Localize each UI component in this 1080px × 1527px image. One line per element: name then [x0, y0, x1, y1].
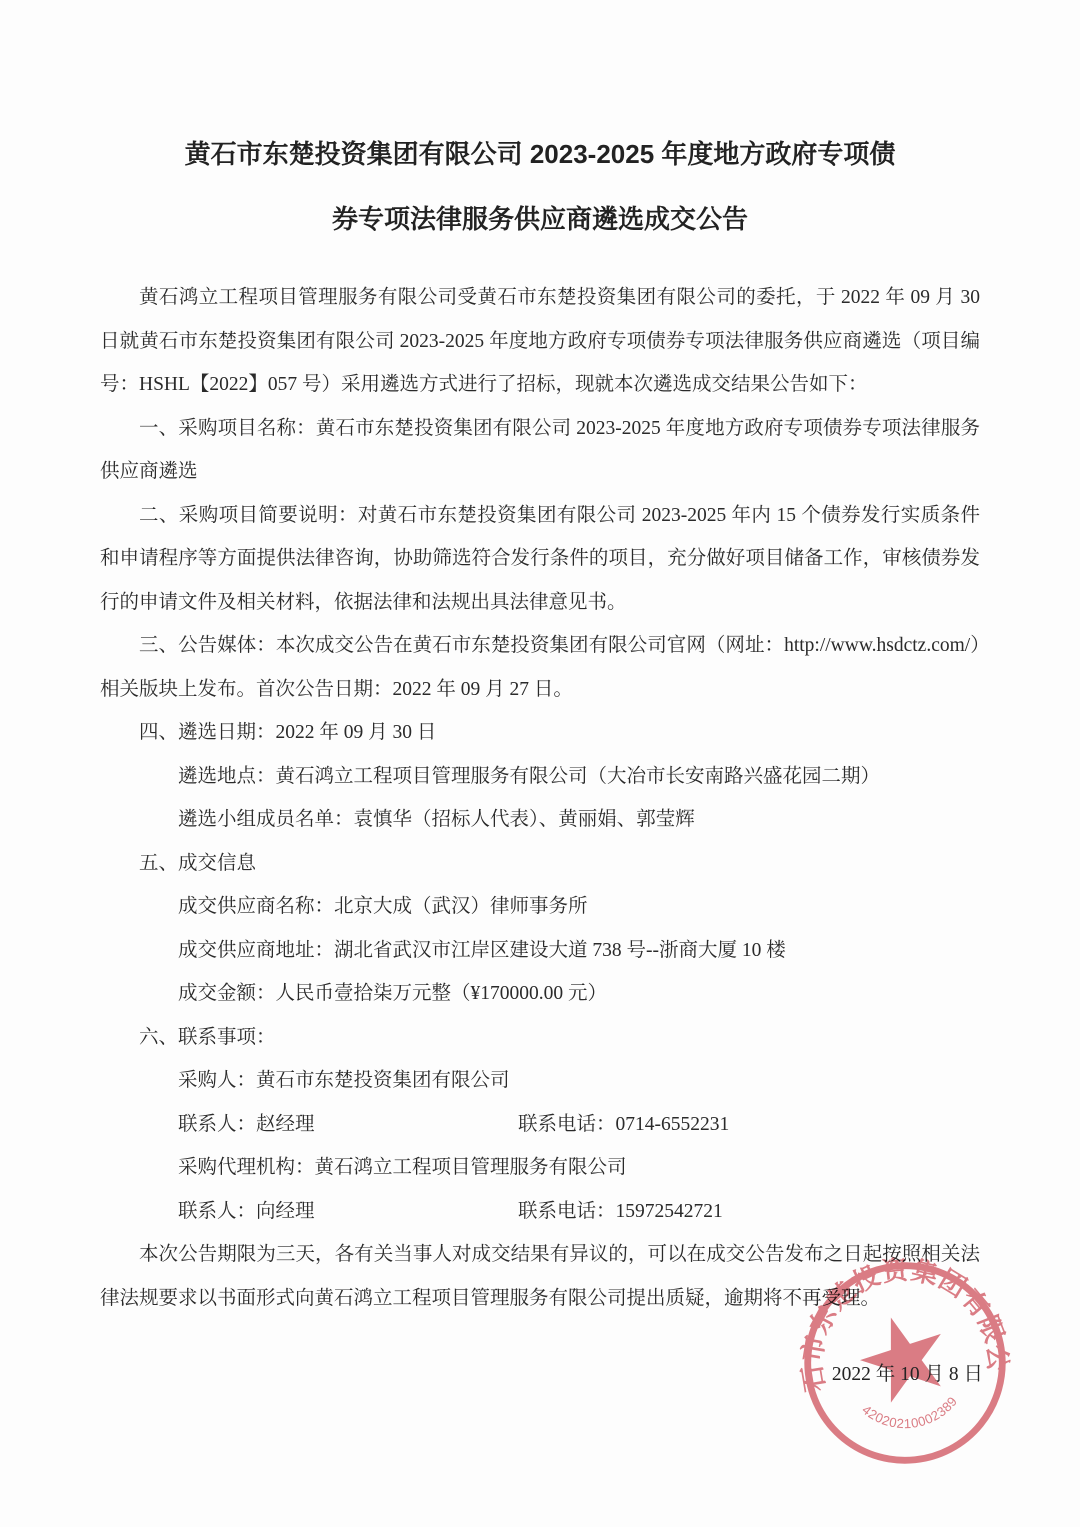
title-line-2: 券专项法律服务供应商遴选成交公告 — [332, 204, 748, 234]
item-6-heading: 六、联系事项： — [100, 1016, 980, 1060]
item-1-project-name: 一、采购项目名称：黄石市东楚投资集团有限公司 2023-2025 年度地方政府专… — [100, 407, 980, 494]
svg-text:42020210002389: 42020210002389 — [858, 1392, 962, 1436]
item-2-project-description: 二、采购项目简要说明：对黄石市东楚投资集团有限公司 2023-2025 年内 1… — [100, 494, 980, 625]
contact-row-2: 联系人：向经理联系电话：15972542721 — [100, 1190, 980, 1234]
item-5-amount: 成交金额：人民币壹拾柒万元整（¥170000.00 元） — [100, 972, 980, 1016]
signature-date: 2022 年 10 月 8 日 — [832, 1353, 983, 1397]
intro-paragraph: 黄石鸿立工程项目管理服务有限公司受黄石市东楚投资集团有限公司的委托，于 2022… — [100, 276, 980, 407]
title-line-1: 黄石市东楚投资集团有限公司 2023-2025 年度地方政府专项债 — [185, 139, 896, 169]
item-6-agency: 采购代理机构：黄石鸿立工程项目管理服务有限公司 — [100, 1146, 980, 1190]
item-6-purchaser: 采购人：黄石市东楚投资集团有限公司 — [100, 1059, 980, 1103]
item-4-selection-date: 四、遴选日期：2022 年 09 月 30 日 — [100, 711, 980, 755]
contact-2-name: 联系人：向经理 — [178, 1190, 518, 1234]
contact-1-phone: 联系电话：0714-6552231 — [518, 1114, 729, 1135]
item-3-announcement-media: 三、公告媒体：本次成交公告在黄石市东楚投资集团有限公司官网（网址：http://… — [100, 624, 980, 711]
contact-row-1: 联系人：赵经理联系电话：0714-6552231 — [100, 1103, 980, 1147]
seal-code-arc-text: 42020210002389 — [858, 1392, 962, 1436]
document-title: 黄石市东楚投资集团有限公司 2023-2025 年度地方政府专项债券专项法律服务… — [100, 122, 980, 252]
contact-1-name: 联系人：赵经理 — [178, 1103, 518, 1147]
item-4-selection-panel: 遴选小组成员名单：袁慎华（招标人代表）、黄丽娟、郭莹辉 — [100, 798, 980, 842]
item-5-supplier-address: 成交供应商地址：湖北省武汉市江岸区建设大道 738 号--浙商大厦 10 楼 — [100, 929, 980, 973]
item-5-supplier-name: 成交供应商名称：北京大成（武汉）律师事务所 — [100, 885, 980, 929]
contact-2-phone: 联系电话：15972542721 — [518, 1201, 723, 1222]
document-page: 黄石市东楚投资集团有限公司 2023-2025 年度地方政府专项债券专项法律服务… — [100, 0, 980, 1320]
item-4-selection-place: 遴选地点：黄石鸿立工程项目管理服务有限公司（大冶市长安南路兴盛花园二期） — [100, 755, 980, 799]
item-5-heading: 五、成交信息 — [100, 842, 980, 886]
